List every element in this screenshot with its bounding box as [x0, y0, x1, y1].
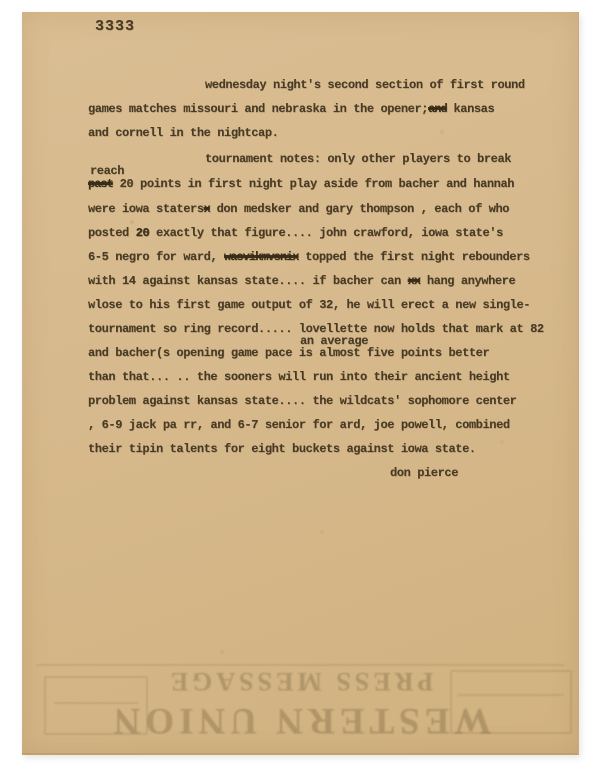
typed-text-segment: with 14 against kansas state.... if bach…: [88, 274, 408, 288]
typed-line: wednesday night's second section of firs…: [205, 77, 525, 93]
typed-text-segment: posted: [88, 226, 136, 240]
typed-text-segment: wlose to his first game output of 32, he…: [88, 298, 530, 312]
struck-out-text: wasvikmvsnix: [224, 250, 298, 264]
typed-line: posted 20 exactly that figure.... john c…: [88, 225, 503, 241]
typed-line: and bacher(s opening game pace is almost…: [88, 345, 489, 361]
typed-text-segment: 20 points in first night play aside from…: [113, 177, 514, 191]
typed-text-segment: and cornell in the nightcap.: [88, 126, 278, 140]
typed-line: their tipin talents for eight buckets ag…: [88, 441, 476, 457]
typed-line: than that... .. the sooners will run int…: [88, 369, 510, 385]
typed-text-segment: tournament notes: only other players to …: [205, 152, 511, 166]
typed-text-segment: hang anywhere: [420, 274, 515, 288]
struck-out-text: and: [428, 102, 447, 116]
typed-text-segment: and bacher(s opening game pace is almost…: [88, 346, 489, 360]
typed-line: , 6-9 jack pa rr, and 6-7 senior for ard…: [88, 417, 510, 433]
typed-text-segment: were iowa staters: [88, 202, 204, 216]
typed-line: and cornell in the nightcap.: [88, 125, 278, 141]
struck-out-text: xx: [408, 274, 420, 288]
typed-text-segment: wednesday night's second section of firs…: [205, 78, 525, 92]
typed-text-segment: games matches missouri and nebraska in t…: [88, 102, 428, 116]
typed-text-segment: kansas: [447, 102, 495, 116]
typed-line: problem against kansas state.... the wil…: [88, 393, 516, 409]
scanned-telegram-page: 3333 wednesday night's second section of…: [22, 12, 579, 755]
typed-line: wlose to his first game output of 32, he…: [88, 297, 530, 313]
typed-text: wednesday night's second section of firs…: [22, 12, 578, 753]
typed-text-segment: don medsker and gary thompson , each of …: [210, 202, 509, 216]
typed-text-segment: problem against kansas state.... the wil…: [88, 394, 516, 408]
typed-text-segment: don pierce: [390, 466, 458, 480]
typed-line: tournament notes: only other players to …: [205, 151, 511, 167]
typed-text-segment: topped the first night rebounders: [298, 250, 529, 264]
typed-text-segment: their tipin talents for eight buckets ag…: [88, 442, 476, 456]
typed-text-segment: exactly that figure.... john crawford, i…: [149, 226, 503, 240]
bleedthrough-form-box-right: [450, 670, 572, 734]
typed-line: games matches missouri and nebraska in t…: [88, 101, 494, 117]
typed-text-segment: , 6-9 jack pa rr, and 6-7 senior for ard…: [88, 418, 510, 432]
typed-line: with 14 against kansas state.... if bach…: [88, 273, 515, 289]
bleedthrough-rule: [36, 664, 564, 666]
typed-text-segment: than that... .. the sooners will run int…: [88, 370, 510, 384]
typed-line: were iowa statersx don medsker and gary …: [88, 201, 509, 217]
struck-out-text: past: [88, 177, 113, 191]
typed-text-segment: 6-5 negro for ward,: [88, 250, 224, 264]
typed-line: past 20 points in first night play aside…: [88, 176, 514, 192]
typed-line: 6-5 negro for ward, wasvikmvsnix topped …: [88, 249, 530, 265]
bleedthrough-form-box-left: [44, 676, 148, 735]
typed-text-segment: 20: [136, 226, 150, 240]
typed-line: don pierce: [390, 465, 458, 481]
